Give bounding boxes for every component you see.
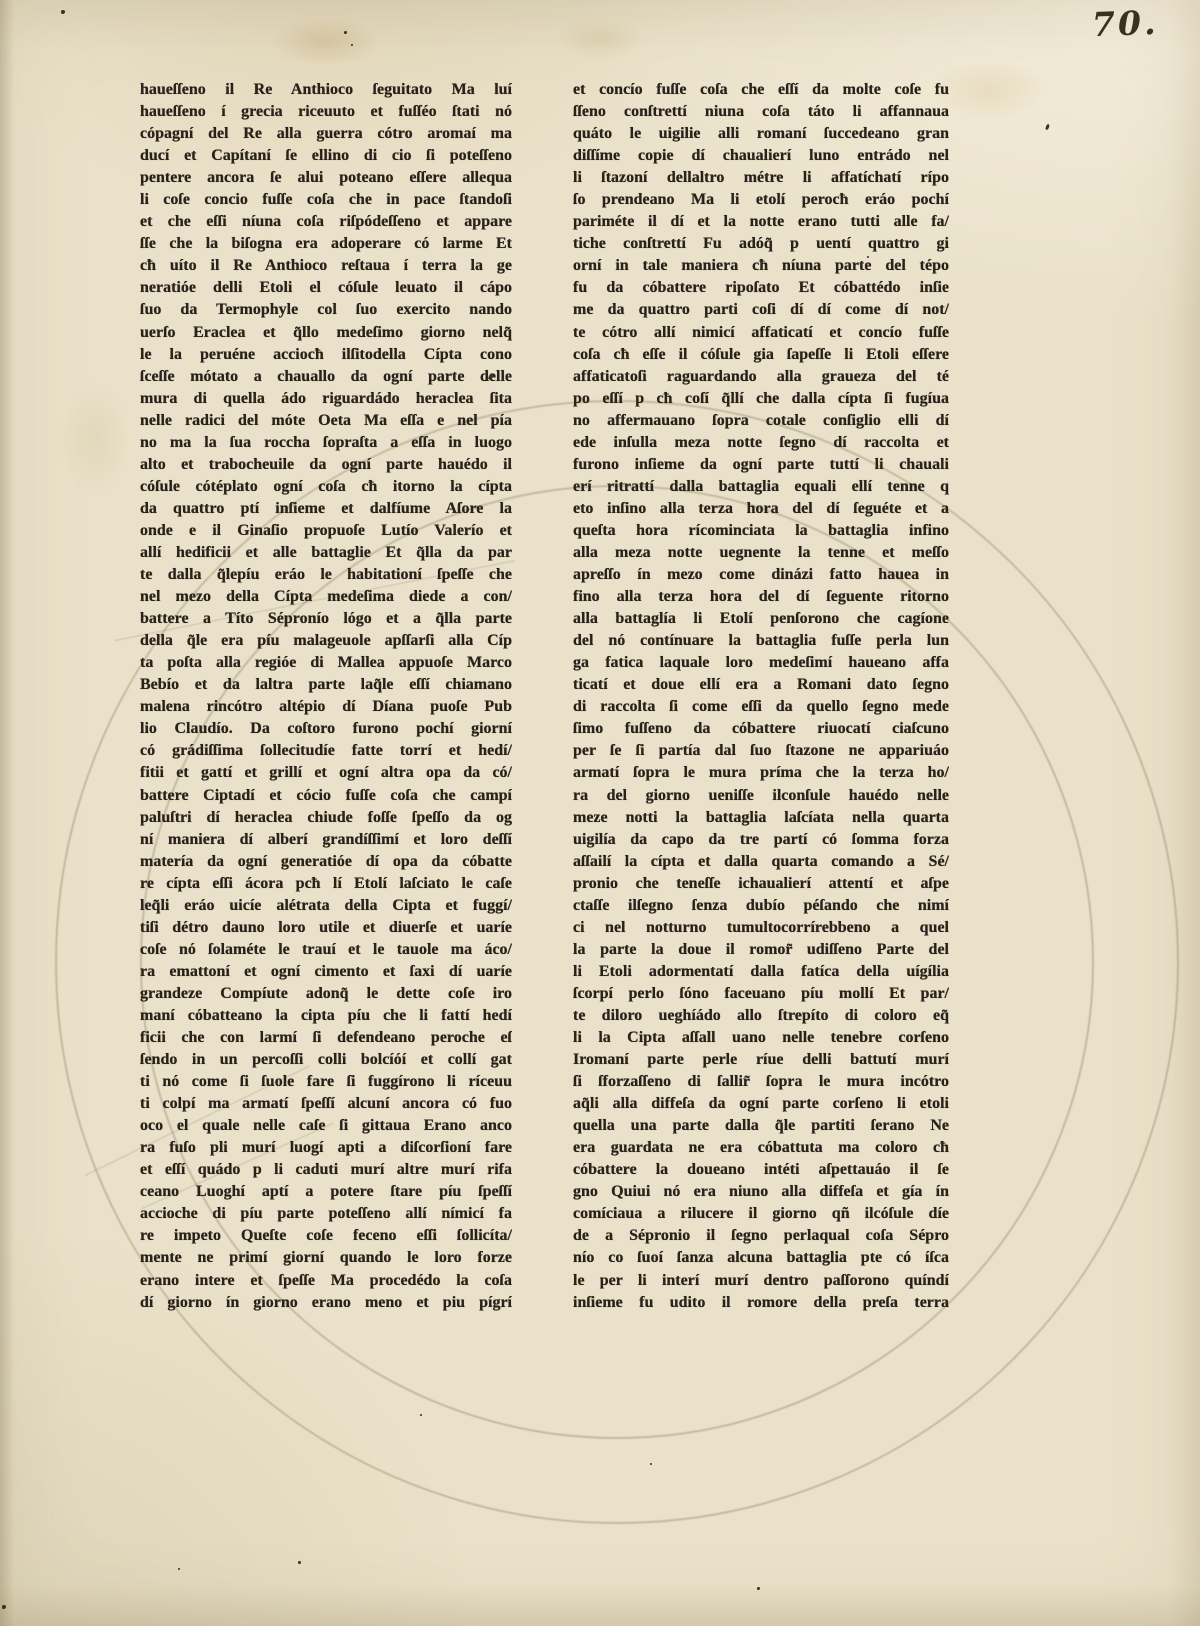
foxing-stain <box>270 18 380 66</box>
text-line: pentere ancora ſe alui poteano eſſere al… <box>140 167 512 189</box>
text-line: nío co ſuoí ſanza alcuna battaglia pte c… <box>573 1247 949 1269</box>
foxing-stain <box>555 18 645 60</box>
text-line: diſſíme copie dí chaualierí luno entrádo… <box>573 145 949 167</box>
text-line: ede inſulla meza notte ſegno dí raccolta… <box>573 432 949 454</box>
ink-speck <box>344 31 347 34</box>
text-line: Bebío et da laltra parte laq̃le eſſí chi… <box>140 674 512 696</box>
text-line: cóbattere la doueano intéti aſpettauáo i… <box>573 1159 949 1181</box>
text-line: ſi ſforzaſſeno di ſallir̃ ſopra le mura … <box>573 1071 949 1093</box>
text-line: pariméte il dí et la notte erano tutti a… <box>573 211 949 233</box>
text-line: fu da cóbattere ripoſato Et cóbattédo in… <box>573 277 949 299</box>
text-line: cħ uíto il Re Anthioco reſtaua í terra l… <box>140 255 512 277</box>
text-line: dí giorno ín giorno erano meno et piu pí… <box>140 1292 512 1314</box>
text-line: la parte la doue il romor̃ udiſſeno Part… <box>573 939 949 961</box>
text-line: ga fatica laquale loro medeſimí haueano … <box>573 652 949 674</box>
text-line: quáto le uigilie alli romaní ſuccedeano … <box>573 123 949 145</box>
text-line: et eſſí quádo p li caduti murí altre mur… <box>140 1159 512 1181</box>
text-line: nel mezo della Cípta medeſima diede a co… <box>140 586 512 608</box>
text-line: aſſailí la cípta et dalla quarta comando… <box>573 851 949 873</box>
text-line: ſſe che la biſogna era adoperare có larm… <box>140 233 512 255</box>
folio-number: 70. <box>1091 3 1159 44</box>
right-text-column: et concío fuſſe coſa che eſſí da molte c… <box>573 79 949 1314</box>
text-line: uerſo Eraclea et q̃llo medeſimo giorno n… <box>140 322 512 344</box>
text-line: ní maniera dí alberí grandíſſimí et loro… <box>140 829 512 851</box>
text-line: haueſſeno il Re Anthioco ſeguitato Ma lu… <box>140 79 512 101</box>
text-line: et che eſſi níuna coſa riſpódeſſeno et a… <box>140 211 512 233</box>
text-line: ra fuſo pli murí luogí apti a diſcorſion… <box>140 1137 512 1159</box>
text-line: battere Ciptadí et cócio fuſſe coſa che … <box>140 785 512 807</box>
text-line: le per li interí murí dentro paſſorono q… <box>573 1270 949 1292</box>
ink-speck <box>757 1587 760 1590</box>
text-line: tiſi détro dauno loro utile et diuerſe e… <box>140 917 512 939</box>
text-line: mura di quella ádo riguardádo heraclea ſ… <box>140 388 512 410</box>
text-line: no ma la ſua roccha ſopraſta a eſſa in l… <box>140 432 512 454</box>
text-line: della q̃le era píu malageuole apſſarſi a… <box>140 630 512 652</box>
text-line: erí ritrattí dalla battaglia equali ellí… <box>573 476 949 498</box>
text-line: coſa cħ eſſe il cóſule gia ſapeſſe li Et… <box>573 344 949 366</box>
text-line: me da quattro parti coſi dí dí come dí n… <box>573 299 949 321</box>
text-line: te diloro ueghíádo allo ſtrepíto di colo… <box>573 1005 949 1027</box>
text-line: malena rincótro altépio dí Díana puoſe P… <box>140 696 512 718</box>
text-line: di raccolta ſi come eſſi da quello ſegno… <box>573 696 949 718</box>
text-line: mente ne primí giorní quando le loro for… <box>140 1247 512 1269</box>
text-line: apreſſo ín mezo come dinázi fatto hauea … <box>573 564 949 586</box>
text-line: ta poſta alla regióe di Mallea appuoſe M… <box>140 652 512 674</box>
text-line: cópagní del Re alla guerra cótro aromaí … <box>140 123 512 145</box>
text-line: matería da ogní generatióe dí opa da cób… <box>140 851 512 873</box>
text-line: nelle radici del móte Oeta Ma eſſa e nel… <box>140 410 512 432</box>
text-line: fino alla terza hora del dí ſeguente rit… <box>573 586 949 608</box>
text-line: ficii che con larmí ſi defendeano peroch… <box>140 1027 512 1049</box>
text-line: del nó contínuare la battaglia fuſſe per… <box>573 630 949 652</box>
text-line: ſuo da Termophyle col ſuo exercito nando <box>140 299 512 321</box>
text-line: ti nó come ſi ſuole fare ſi fuggírono li… <box>140 1071 512 1093</box>
text-line: te cótro allí nimicí affaticatí et concí… <box>573 322 949 344</box>
text-line: li ſtazoní dellaltro métre li affatíchat… <box>573 167 949 189</box>
text-line: grandeze Compíute adonq̃ le dette coſe i… <box>140 983 512 1005</box>
ink-speck <box>1045 124 1050 131</box>
text-line: oco el quale nelle caſe ſi gittaua Erano… <box>140 1115 512 1137</box>
text-line: affaticatoſi raguardando alla graueza de… <box>573 366 949 388</box>
text-line: neratióe delli Etoli el cóſule leuato il… <box>140 277 512 299</box>
text-line: quella una parte dalla q̃le partiti ſera… <box>573 1115 949 1137</box>
foxing-stain <box>60 380 130 500</box>
text-line: erano intere et ſpeſſe Ma procedédo la c… <box>140 1270 512 1292</box>
text-line: ti colpí ma armatí ſpeſſí alcuní ancora … <box>140 1093 512 1115</box>
text-line: de a Sépronio il ſegno perlaqual coſa Sé… <box>573 1225 949 1247</box>
text-line: ra del giorno ueniſſe ilconſule hauédo n… <box>573 785 949 807</box>
text-line: alla battaglía li Etolí penſorono che ca… <box>573 608 949 630</box>
text-line: ſcorpí perlo ſóno faceuano píu mollí Et … <box>573 983 949 1005</box>
text-line: le la peruéne acciocħ ilſitodella Cípta … <box>140 344 512 366</box>
text-line: fitii et gattí et grillí et ogní altra o… <box>140 762 512 784</box>
text-line: po eſſí p cħ coſí q̃llí che dalla cípta … <box>573 388 949 410</box>
text-line: li coſe concio fuſſe coſa che in pace ſt… <box>140 189 512 211</box>
text-line: allí hedificii et alle battaglie Et q̃ll… <box>140 542 512 564</box>
text-line: lio Claudío. Da coſtoro furono pochí gio… <box>140 718 512 740</box>
ink-speck <box>178 1568 180 1570</box>
text-line: leq̃li eráo uicíe alétrata della Cipta e… <box>140 895 512 917</box>
text-line: Iromaní parte perle ríue delli battutí m… <box>573 1049 949 1071</box>
text-line: era guardata ne era cóbattuta ma coloro … <box>573 1137 949 1159</box>
text-line: inſieme fu udito il romore della preſa t… <box>573 1292 949 1314</box>
text-line: haueſſeno í grecia riceuuto et fuſſéo ſt… <box>140 101 512 123</box>
text-line: pronio che teneſſe ichaualierí attentí e… <box>573 873 949 895</box>
text-line: re impeto Queſte coſe feceno eſſi ſollic… <box>140 1225 512 1247</box>
text-line: ra emattoní et ogní cimento et ſaxi dí u… <box>140 961 512 983</box>
text-line: armatí ſopra le mura príma che la terza … <box>573 762 949 784</box>
text-line: te dalla q̃lepíu eráo le habitationí ſpe… <box>140 564 512 586</box>
text-line: re cípta eſſi ácora pcħ lí Etolí laſciat… <box>140 873 512 895</box>
ink-speck <box>351 44 353 46</box>
text-line: furono inſieme da ogní parte tuttí li ch… <box>573 454 949 476</box>
text-line: ducí et Capítaní ſe ellino di cio ſi pot… <box>140 145 512 167</box>
text-line: per ſe ſi partía dal ſuo ſtazone ne appa… <box>573 740 949 762</box>
text-line: queſta hora rícominciata la battaglia in… <box>573 520 949 542</box>
text-line: gno Quiui nó era niuno alla diffeſa et g… <box>573 1181 949 1203</box>
text-line: ticatí et doue ellí era a Romani dato ſe… <box>573 674 949 696</box>
text-line: da quattro ptí inſieme et dalfíume Aſore… <box>140 498 512 520</box>
left-text-column: haueſſeno il Re Anthioco ſeguitato Ma lu… <box>140 79 512 1314</box>
text-line: ſceſſe mótato a chauallo da ogní parte d… <box>140 366 512 388</box>
text-line: tiche conſtrettí Fu adóq̃ p uentí quattr… <box>573 233 949 255</box>
text-line: uigilía da capo da tre partí có ſomma fo… <box>573 829 949 851</box>
text-line: ſſeno conſtrettí niuna coſa táto li affa… <box>573 101 949 123</box>
text-line: li la Cipta aſſall uano nelle tenebre co… <box>573 1027 949 1049</box>
text-line: ctaſſe ilſegno ſenza dubío péſando che n… <box>573 895 949 917</box>
text-line: alla meza notte uegnente la tenne et meſ… <box>573 542 949 564</box>
text-line: ſendo in un percoſſi colli bolcíóí et co… <box>140 1049 512 1071</box>
text-line: cóſule cótéplato ogní coſa cħ itorno la … <box>140 476 512 498</box>
text-line: có grádiſſima ſollecitudíe fatte torrí e… <box>140 740 512 762</box>
text-line: ſo prendeano Ma li etolí perocħ eráo poc… <box>573 189 949 211</box>
text-line: ſimo fuſſeno da cóbattere riuocatí ciaſc… <box>573 718 949 740</box>
text-line: maní cóbatteano la cipta píu che li fatt… <box>140 1005 512 1027</box>
text-line: no affermauano ſopra cotale conſiglio el… <box>573 410 949 432</box>
text-line: battere a Títo Sépronío lógo et a q̃lla … <box>140 608 512 630</box>
text-line: eto inſino alla terza hora del dí ſeguét… <box>573 498 949 520</box>
text-line: accioche di píu parte poteſſeno allí ním… <box>140 1203 512 1225</box>
text-line: orní in tale maniera cħ níuna parte del … <box>573 255 949 277</box>
text-line: ci nel notturno tumultocorrírebbeno a qu… <box>573 917 949 939</box>
text-line: onde e il Ginaſio propuoſe Lutío Valerío… <box>140 520 512 542</box>
text-line: ceano Luoghí aptí a potere ſtare píu ſpe… <box>140 1181 512 1203</box>
text-line: paluſtri dí heraclea chiude foſſe ſpeſſo… <box>140 807 512 829</box>
text-line: comíciaua a rilucere il giorno qñ ilcóſu… <box>573 1203 949 1225</box>
text-line: li Etoli adormentatí dalla fatíca della … <box>573 961 949 983</box>
text-line: alto et trabocheuile da ogní parte hauéd… <box>140 454 512 476</box>
text-line: coſe nó ſolaméte le trauí et le tauole m… <box>140 939 512 961</box>
ink-speck <box>2 1605 6 1609</box>
text-line: et concío fuſſe coſa che eſſí da molte c… <box>573 79 949 101</box>
text-line: meze notti la battaglia laſcíata nella q… <box>573 807 949 829</box>
book-page: 70. haueſſeno il Re Anthioco ſeguitato M… <box>0 0 1200 1626</box>
ink-speck <box>298 1561 301 1564</box>
text-line: aq̃li alla diffeſa da ogní parte corſeno… <box>573 1093 949 1115</box>
ink-speck <box>61 10 65 14</box>
